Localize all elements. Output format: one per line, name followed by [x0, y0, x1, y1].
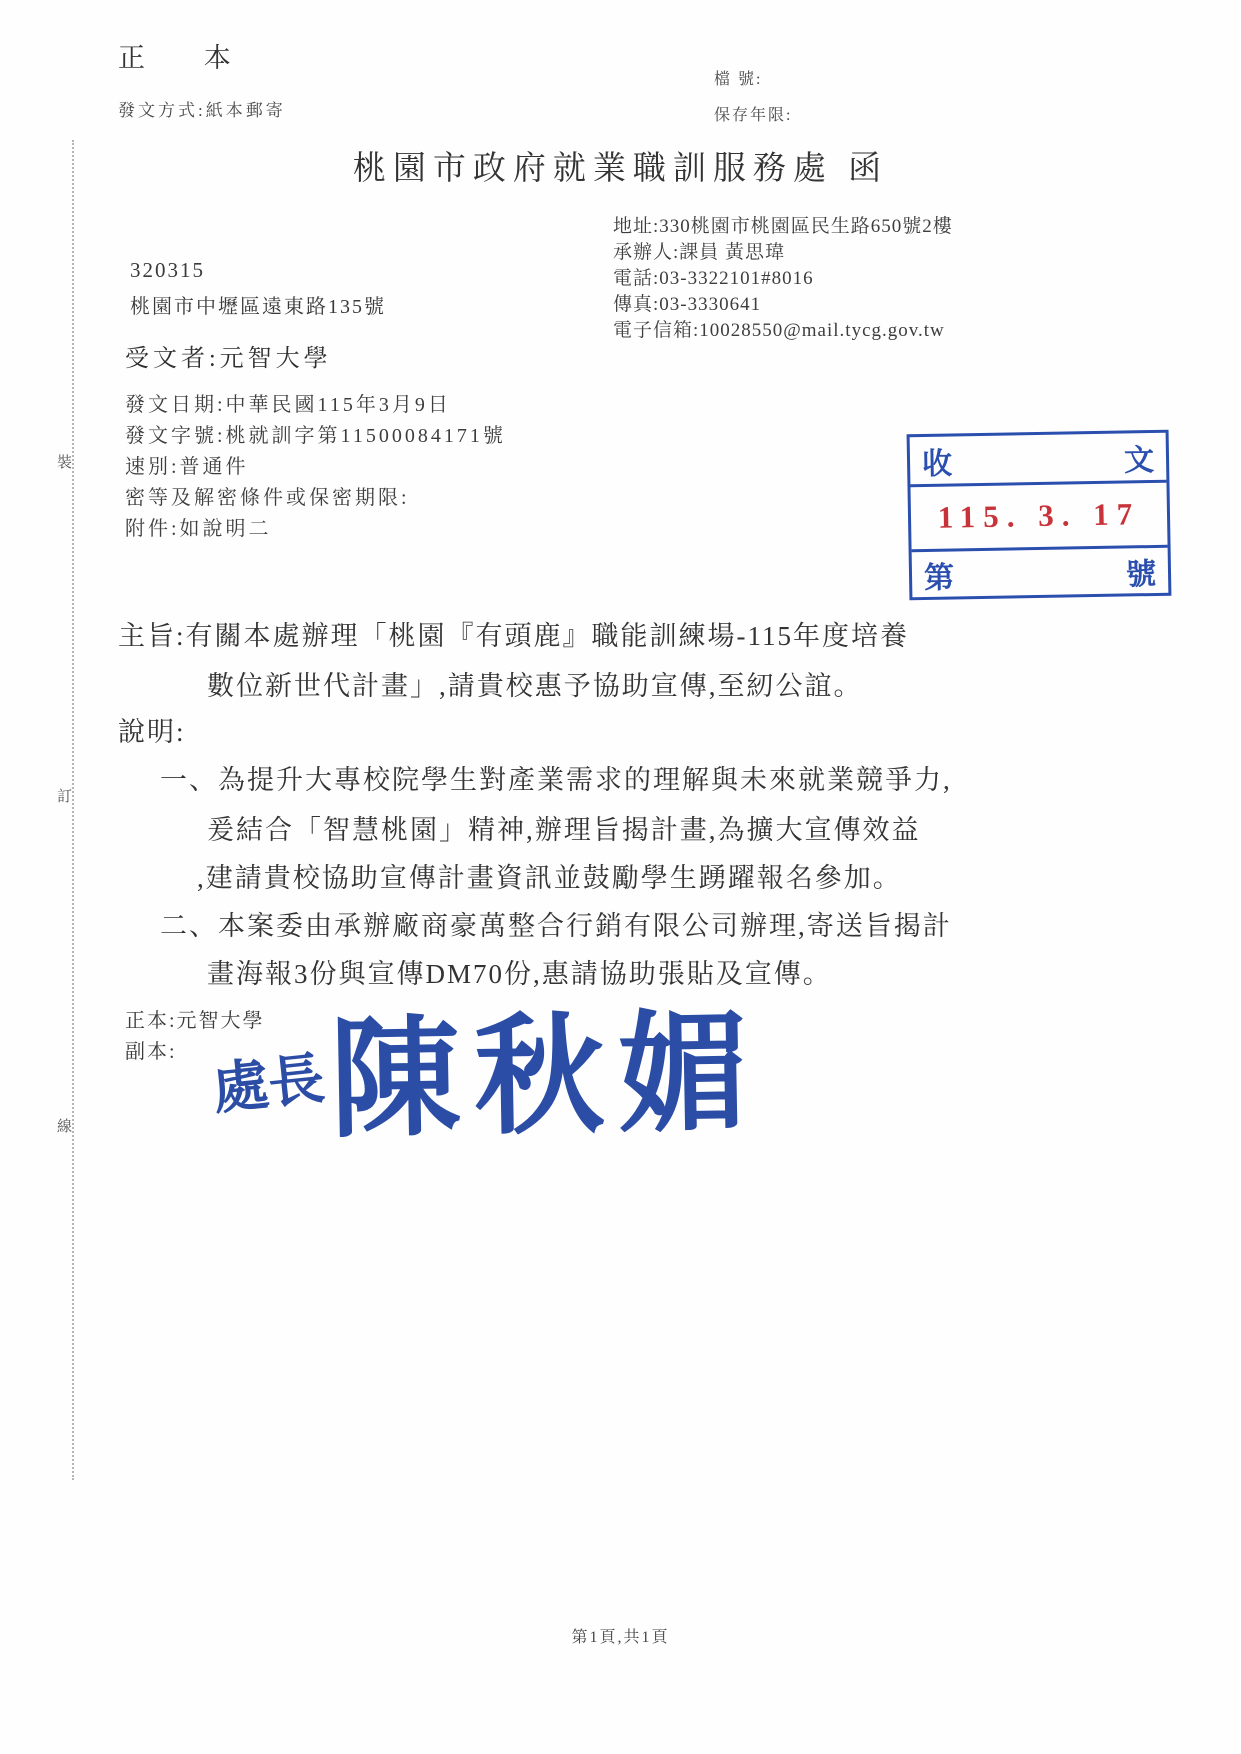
sender-info-block: 地址:330桃園市桃園區民生路650號2樓 承辦人:課員 黃思瑋 電話:03-3…	[613, 214, 953, 344]
security-class-line: 密等及解密條件或保密期限:	[125, 481, 410, 510]
subject-line-1: 主旨:有關本處辦理「桃園『有頭鹿』職能訓練場-115年度培養	[118, 614, 909, 653]
signature-name: 陳秋媚	[328, 968, 763, 1163]
stamp-top-row: 收 文	[910, 433, 1167, 487]
copy-type-label: 正 本	[118, 36, 257, 75]
description-label: 說明:	[118, 710, 186, 749]
attachment-line: 附件:如說明二	[125, 512, 272, 541]
document-title: 桃園市政府就業職訓服務處 函	[0, 142, 1241, 189]
document-page: 正 本 發文方式:紙本郵寄 檔 號: 保存年限: 桃園市政府就業職訓服務處 函 …	[0, 0, 1241, 1754]
stamp-date: 115. 3. 17	[938, 496, 1141, 536]
stamp-receive-char: 收	[922, 438, 953, 483]
file-number-label: 檔 號:	[714, 66, 762, 89]
recipient-label: 受文者:元智大學	[125, 338, 332, 373]
stamp-number-suffix-char: 號	[1126, 548, 1157, 593]
stamp-number-prefix-char: 第	[924, 552, 955, 597]
signature-title: 處長	[208, 1034, 328, 1125]
delivery-method-label: 發文方式:紙本郵寄	[118, 96, 286, 121]
page-number-footer: 第1頁,共1頁	[0, 1624, 1241, 1647]
issue-date-line: 發文日期:中華民國115年3月9日	[125, 388, 451, 417]
item2-line-1: 二、本案委由承辦廠商豪萬整合行銷有限公司辦理,寄送旨揭計	[160, 904, 952, 943]
binding-mark-ding: 訂	[57, 782, 72, 809]
item1-line-1: 一、為提升大專校院學生對產業需求的理解與未來就業競爭力,	[160, 758, 952, 797]
retention-period-label: 保存年限:	[714, 102, 792, 125]
sender-phone: 電話:03-3322101#8016	[613, 266, 953, 292]
binding-dotted-line	[72, 140, 74, 1480]
original-copy-line: 正本:元智大學	[125, 1004, 265, 1033]
sender-fax: 傳真:03-3330641	[613, 292, 953, 318]
stamp-document-char: 文	[1124, 434, 1155, 479]
item1-line-3: ,建請貴校協助宣傳計畫資訊並鼓勵學生踴躍報名參加。	[197, 856, 902, 895]
stamp-date-row: 115. 3. 17	[910, 483, 1167, 549]
sender-email: 電子信箱:10028550@mail.tycg.gov.tw	[613, 318, 953, 344]
sender-address: 地址:330桃園市桃園區民生路650號2樓	[613, 214, 953, 240]
cc-copy-line: 副本:	[125, 1035, 177, 1064]
item1-line-2: 爰結合「智慧桃園」精神,辦理旨揭計畫,為擴大宣傳效益	[207, 808, 921, 847]
recipient-address: 桃園市中壢區遠東路135號	[130, 290, 386, 319]
doc-number-line: 發文字號:桃就訓字第11500084171號	[125, 419, 506, 448]
subject-line-2: 數位新世代計畫」,請貴校惠予協助宣傳,至紉公誼。	[207, 664, 863, 703]
recipient-postal-code: 320315	[130, 258, 205, 283]
sender-contact-person: 承辦人:課員 黃思瑋	[613, 240, 953, 266]
speed-class-line: 速別:普通件	[125, 450, 249, 479]
binding-mark-xian: 線	[57, 1112, 72, 1139]
binding-mark-zhuang: 裝	[57, 448, 72, 475]
receipt-stamp: 收 文 115. 3. 17 第 號	[907, 430, 1172, 601]
stamp-bottom-row: 第 號	[912, 545, 1169, 597]
